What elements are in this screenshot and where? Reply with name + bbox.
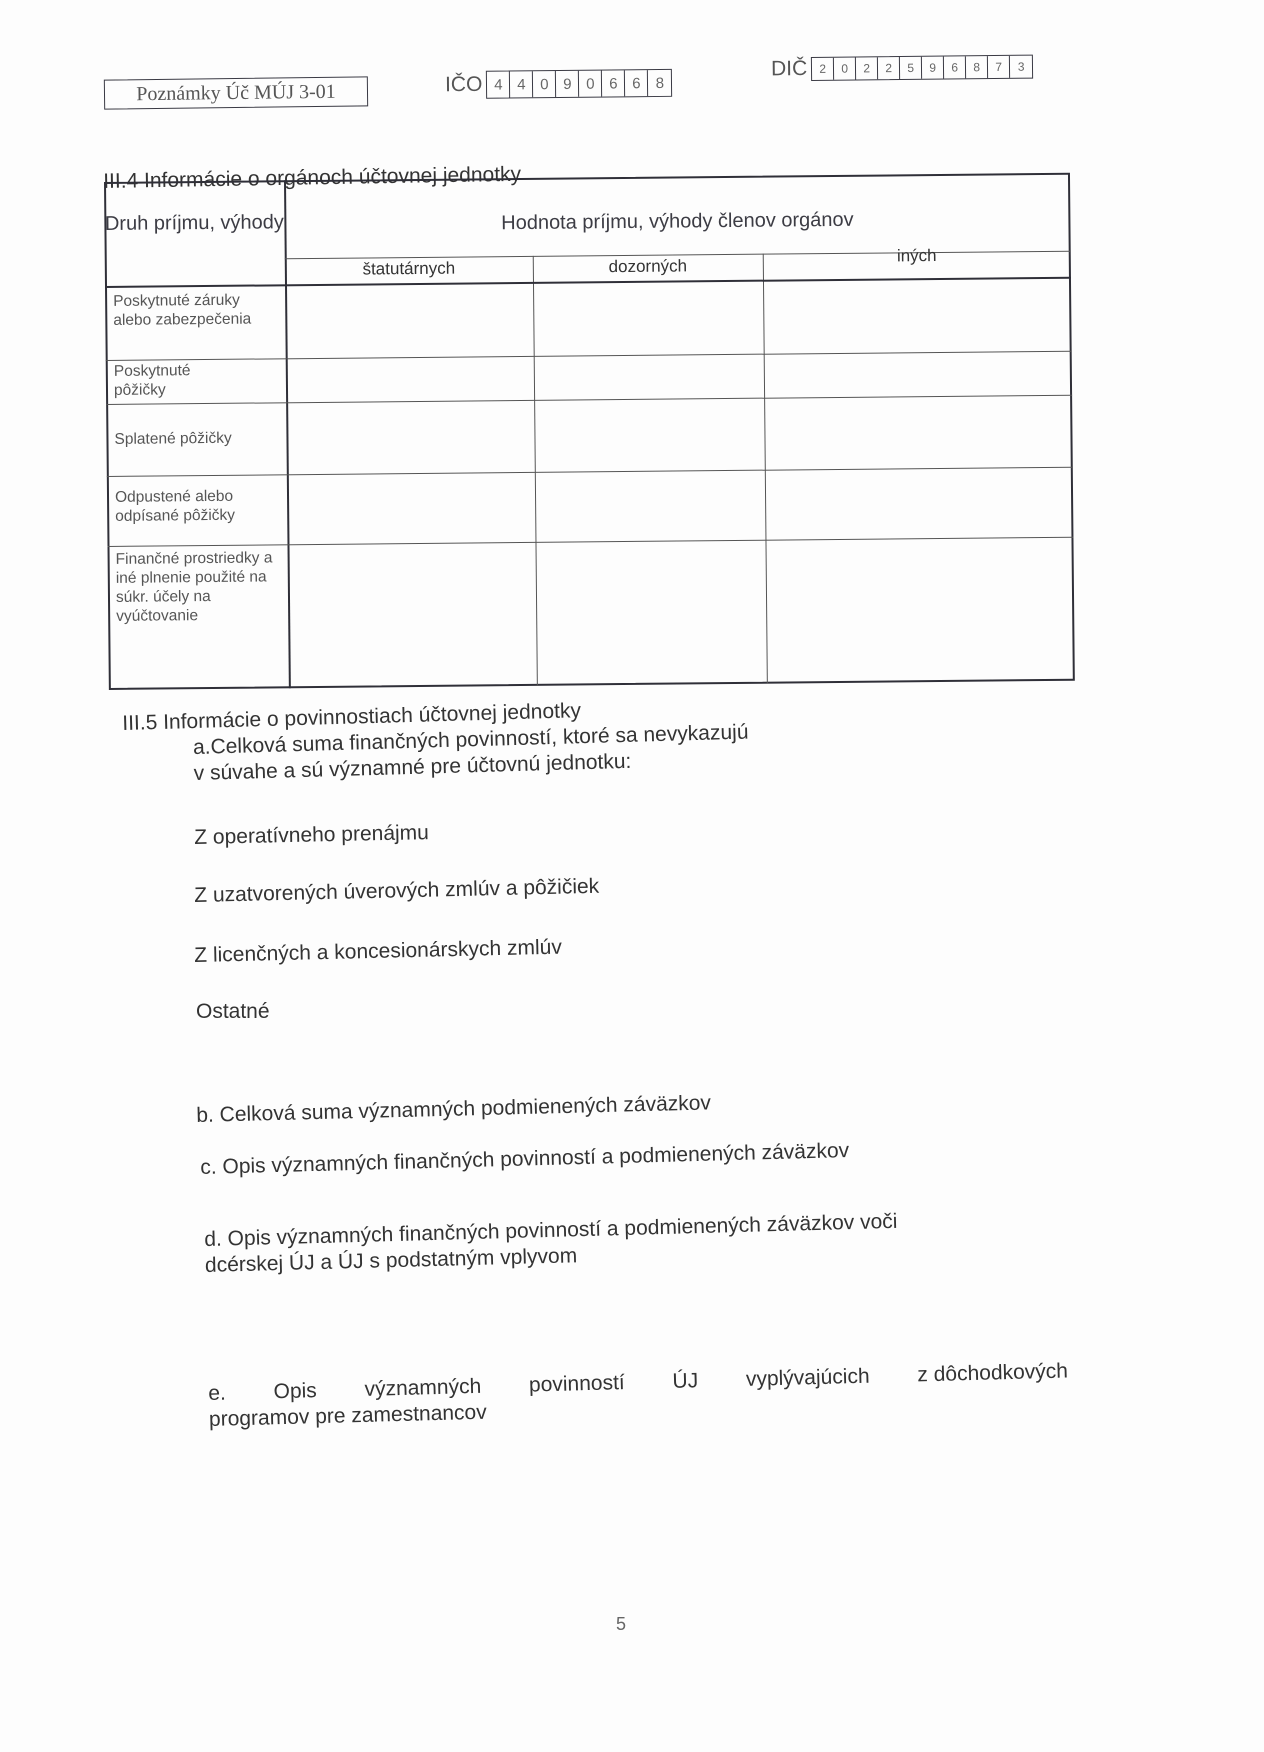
cell-loans-forgiven-statutory[interactable] xyxy=(288,473,535,543)
item-e-word: ÚJ xyxy=(672,1369,698,1394)
dic-digit: 2 xyxy=(812,58,834,80)
cell-loans-forgiven-other[interactable] xyxy=(766,468,1073,539)
ico-label: IČO xyxy=(445,73,483,97)
cell-guarantees-statutory[interactable] xyxy=(286,283,533,357)
row-label-loans-forgiven: Odpustené alebo odpísané pôžičky xyxy=(115,486,285,526)
dic-label: DIČ xyxy=(771,57,807,81)
dic-field: DIČ 2022596873 xyxy=(771,55,1033,82)
item-a-operating-lease: Z operatívneho prenájmu xyxy=(194,821,429,850)
ico-digit: 0 xyxy=(579,71,602,97)
row-label-loans-provided: Poskytnuté pôžičky xyxy=(114,361,224,400)
ico-digit: 4 xyxy=(487,72,510,98)
page-number: 5 xyxy=(616,1614,626,1635)
item-e-word: e. xyxy=(208,1382,226,1406)
ico-digit-boxes: 44090668 xyxy=(486,69,672,99)
dic-digit-boxes: 2022596873 xyxy=(811,55,1033,81)
dic-digit: 2 xyxy=(856,57,878,79)
cell-guarantees-supervisory[interactable] xyxy=(534,281,763,355)
item-e-word: vyplývajúcich xyxy=(746,1365,870,1392)
cell-loans-provided-other[interactable] xyxy=(765,352,1071,397)
ico-field: IČO 44090668 xyxy=(445,69,673,99)
item-c: c. Opis významných finančných povinností… xyxy=(200,1139,849,1180)
cell-private-use-supervisory[interactable] xyxy=(536,541,765,685)
ico-digit: 9 xyxy=(556,71,579,97)
ico-digit: 4 xyxy=(510,71,533,97)
ico-digit: 8 xyxy=(648,70,671,96)
ico-digit: 6 xyxy=(602,70,625,96)
organs-income-table: Druh príjmu, výhody Hodnota príjmu, výho… xyxy=(104,173,1075,690)
col-header-other: iných xyxy=(763,245,1071,268)
cell-loans-repaid-other[interactable] xyxy=(765,396,1072,469)
dic-digit: 3 xyxy=(1010,56,1032,78)
dic-digit: 7 xyxy=(988,56,1010,78)
cell-private-use-other[interactable] xyxy=(766,538,1073,683)
row-label-guarantees: Poskytnuté záruky alebo zabezpečenia xyxy=(113,290,263,329)
dic-digit: 0 xyxy=(834,57,856,79)
section-3-5: III.5 Informácie o povinnostiach účtovne… xyxy=(122,695,750,788)
item-b: b. Celková suma významných podmienených … xyxy=(196,1091,711,1128)
ico-digit: 0 xyxy=(533,71,556,97)
dic-digit: 6 xyxy=(944,56,966,78)
item-a-credit-agreements: Z uzatvorených úverových zmlúv a pôžičie… xyxy=(194,875,599,908)
form-code-box: Poznámky Úč MÚJ 3-01 xyxy=(104,76,368,109)
item-a-licence-agreements: Z licenčných a koncesionárskych zmlúv xyxy=(194,936,562,968)
form-code: Poznámky Úč MÚJ 3-01 xyxy=(136,80,336,105)
cell-loans-provided-statutory[interactable] xyxy=(287,357,533,401)
item-e-word: povinností xyxy=(529,1371,625,1397)
dic-digit: 2 xyxy=(878,57,900,79)
item-e-word: významných xyxy=(364,1375,481,1402)
item-d: d. Opis významných finančných povinností… xyxy=(204,1210,898,1278)
cell-guarantees-other[interactable] xyxy=(764,278,1071,353)
col-header-supervisory: dozorných xyxy=(533,256,763,278)
ico-digit: 6 xyxy=(625,70,648,96)
cell-loans-forgiven-supervisory[interactable] xyxy=(536,471,765,541)
col-header-income-type: Druh príjmu, výhody xyxy=(104,210,284,237)
cell-loans-repaid-supervisory[interactable] xyxy=(535,399,764,471)
cell-loans-repaid-statutory[interactable] xyxy=(287,401,534,473)
cell-private-use-statutory[interactable] xyxy=(288,543,535,687)
item-e-word: z dôchodkových xyxy=(917,1359,1068,1387)
item-e-word: Opis xyxy=(273,1379,317,1404)
cell-loans-provided-supervisory[interactable] xyxy=(535,355,763,399)
row-label-private-use: Finančné prostriedky a iné plnenie použi… xyxy=(116,548,285,626)
dic-digit: 8 xyxy=(966,56,988,78)
dic-digit: 5 xyxy=(900,57,922,79)
item-e: e.OpisvýznamnýchpovinnostíÚJvyplývajúcic… xyxy=(208,1359,1069,1431)
item-a-other: Ostatné xyxy=(196,1000,270,1024)
row-label-loans-repaid: Splatené pôžičky xyxy=(114,428,284,449)
col-header-statutory: štatutárnych xyxy=(285,258,533,280)
dic-digit: 9 xyxy=(922,57,944,79)
